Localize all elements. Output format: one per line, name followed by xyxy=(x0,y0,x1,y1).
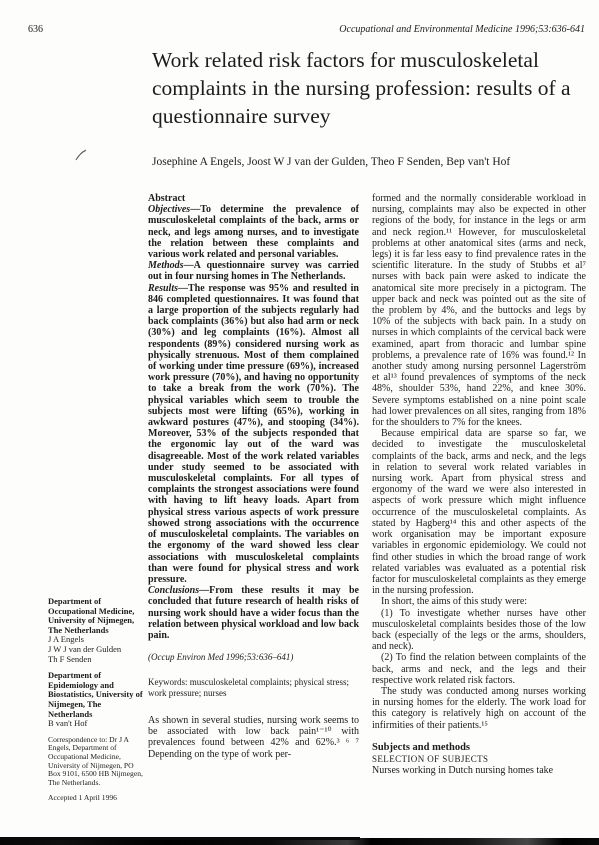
abstract-objectives: Objectives—To determine the prevalence o… xyxy=(148,204,359,260)
affiliation-title: Department of Epidemiology and Biostatis… xyxy=(48,671,146,719)
abstract-results-text: —The response was 95% and resulted in 84… xyxy=(148,283,359,585)
journal-reference: Occupational and Environmental Medicine … xyxy=(339,24,585,35)
aim-2: (2) To find the relation between complai… xyxy=(372,652,586,686)
subsection-heading: SELECTION OF SUBJECTS xyxy=(372,754,586,765)
journal-article-page: 636 Occupational and Environmental Medic… xyxy=(0,0,599,845)
abstract-results: Results—The response was 95% and resulte… xyxy=(148,283,359,585)
scan-edge-artifact xyxy=(0,838,599,845)
abstract-conclusions: Conclusions—From these results it may be… xyxy=(148,585,359,641)
aims-intro: In short, the aims of this study were: xyxy=(372,596,586,607)
keywords-line: Keywords: musculoskeletal complaints; ph… xyxy=(148,677,359,698)
affiliation-author: B van't Hof xyxy=(48,719,146,729)
abstract-methods: Methods—A questionnaire survey was carri… xyxy=(148,260,359,282)
abstract-results-label: Results xyxy=(148,283,178,294)
abstract-section: Abstract Objectives—To determine the pre… xyxy=(148,193,359,641)
pencil-mark xyxy=(72,146,92,164)
left-column: Abstract Objectives—To determine the pre… xyxy=(148,193,359,760)
abstract-conclusions-label: Conclusions xyxy=(148,585,199,596)
author-line: Josephine A Engels, Joost W J van der Gu… xyxy=(152,156,572,168)
methods-first-line: Nurses working in Dutch nursing homes ta… xyxy=(372,765,586,776)
article-citation: (Occup Environ Med 1996;53:636–641) xyxy=(148,652,359,662)
body-paragraph-2: Because empirical data are sparse so far… xyxy=(372,428,586,596)
abstract-objectives-label: Objectives xyxy=(148,204,190,215)
page-number: 636 xyxy=(28,24,43,35)
body-paragraph-closing: The study was conducted among nurses wor… xyxy=(372,686,586,731)
right-column: formed and the normally considerable wor… xyxy=(372,193,586,776)
margin-affiliations: Department of Occupational Medicine, Uni… xyxy=(48,597,146,803)
correspondence-note: Correspondence to: Dr J A Engels, Depart… xyxy=(48,736,146,788)
abstract-methods-label: Methods xyxy=(148,260,184,271)
affiliation-author: Th F Senden xyxy=(48,655,146,665)
affiliation-title: Department of Occupational Medicine, Uni… xyxy=(48,597,146,635)
affiliation-block: Department of Occupational Medicine, Uni… xyxy=(48,597,146,664)
body-paragraph-1: formed and the normally considerable wor… xyxy=(372,193,586,428)
aim-1: (1) To investigate whether nurses have o… xyxy=(372,608,586,653)
affiliation-block: Department of Epidemiology and Biostatis… xyxy=(48,671,146,729)
accepted-date: Accepted 1 April 1996 xyxy=(48,794,146,803)
article-title: Work related risk factors for musculoske… xyxy=(152,46,572,130)
abstract-heading: Abstract xyxy=(148,193,359,204)
scan-edge-artifact-notch xyxy=(0,837,360,840)
section-heading: Subjects and methods xyxy=(372,742,586,753)
introduction-paragraph: As shown in several studies, nursing wor… xyxy=(148,715,359,760)
